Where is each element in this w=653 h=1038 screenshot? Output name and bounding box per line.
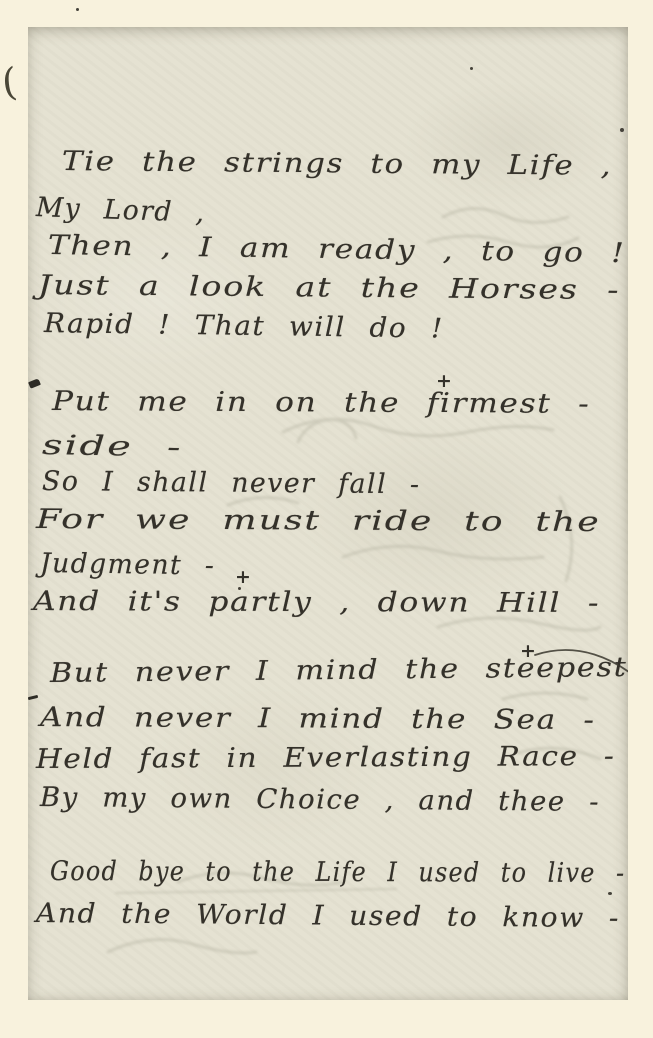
scanned-manuscript-photo: { "colors": { "mount": "#f8f2dd", "paper…	[0, 0, 653, 1038]
ink-blot-wedge	[28, 378, 41, 389]
handwritten-line-14: Held fast in Everlasting Race -	[36, 741, 616, 775]
handwritten-line-7: side -	[42, 430, 183, 463]
handwritten-line-4: Just a look at the Horses -	[38, 270, 621, 306]
ink-speck	[608, 892, 612, 895]
variant-marker-plus-partly: +	[235, 566, 251, 588]
handwritten-line-9: For we must ride to the	[36, 504, 601, 538]
ink-speck	[470, 67, 473, 70]
stray-pen-mark: (	[0, 59, 19, 104]
handwritten-line-2: My Lord ,	[35, 192, 206, 229]
handwritten-line-17: And the World I used to know -	[36, 898, 620, 934]
handwritten-line-11: And it's partly , down Hill -	[33, 586, 600, 619]
handwritten-line-13: And never I mind the Sea -	[40, 702, 596, 736]
variant-marker-plus-steepest: +	[520, 640, 536, 662]
handwritten-line-5: Rapid ! That will do !	[44, 308, 444, 345]
ink-tick-mark	[28, 695, 38, 700]
ink-speck	[238, 587, 241, 590]
ink-speck	[620, 128, 624, 132]
handwritten-line-6: Put me in on the firmest -	[52, 386, 591, 420]
handwritten-line-12: But never I mind the steepest	[50, 652, 628, 689]
handwritten-line-16: Good bye to the Life I used to live -	[50, 856, 625, 889]
handwritten-line-1: Tie the strings to my Life ,	[62, 146, 612, 182]
ink-speck	[76, 8, 79, 11]
handwritten-line-10: Judgment -	[40, 548, 216, 581]
handwritten-line-8: So I shall never fall -	[42, 466, 421, 500]
handwritten-line-3: Then , I am ready , to go !	[48, 230, 626, 269]
manuscript-paper: Tie the strings to my Life , My Lord , T…	[28, 27, 628, 1000]
handwritten-line-15: By my own Choice , and thee -	[40, 782, 600, 818]
book-page-background: ( Tie the strings to my Life , M	[0, 0, 653, 1038]
variant-marker-plus-firmest: +	[436, 370, 452, 392]
